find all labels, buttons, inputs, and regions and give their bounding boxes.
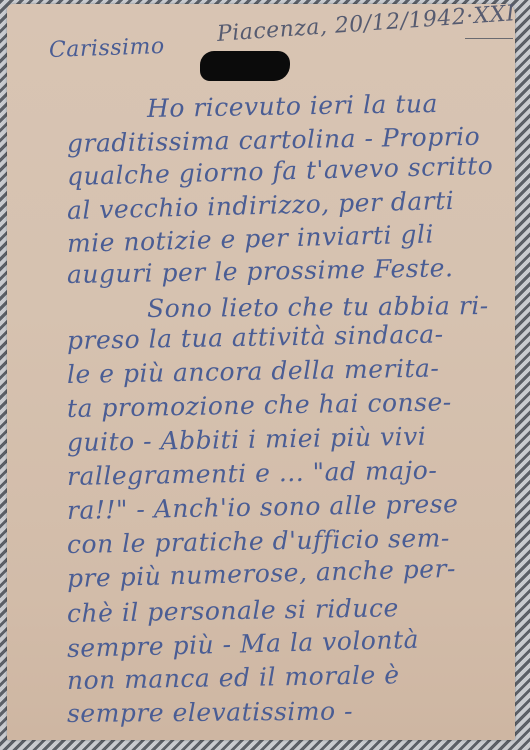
letter-line: sempre elevatissimo -: [67, 697, 353, 728]
letter-line: non manca ed il morale è: [67, 660, 400, 695]
letter-line: rallegramenti e ... "ad majo-: [67, 456, 438, 491]
date-underline: [465, 38, 513, 39]
letter-line: con le pratiche d'ufficio sem-: [67, 523, 450, 559]
letter-line: preso la tua attività sindaca-: [67, 319, 444, 355]
postcard-paper: Piacenza, 20/12/1942·XXI Carissimo Ho ri…: [7, 4, 515, 740]
redacted-name: [200, 51, 290, 81]
salutation: Carissimo: [49, 34, 166, 63]
letter-line: pre più numerose, anche per-: [67, 554, 457, 593]
letter-line: auguri per le prossime Feste.: [67, 253, 454, 289]
letter-line: guito - Abbiti i miei più vivi: [67, 422, 427, 457]
letter-line: Ho ricevuto ieri la tua: [147, 89, 438, 123]
letter-line: al vecchio indirizzo, per darti: [67, 186, 455, 225]
letter-line: chè il personale si riduce: [67, 593, 399, 628]
letter-line: sempre più - Ma la volontà: [67, 625, 420, 663]
letter-line: Sono lieto che tu abbia ri-: [147, 291, 489, 323]
letter-line: mie notizie e per inviarti gli: [67, 219, 435, 258]
place-date: Piacenza, 20/12/1942·XXI: [216, 1, 516, 47]
letter-line: le e più ancora della merita-: [67, 354, 440, 389]
letter-line: ra!!" - Anch'io sono alle prese: [67, 489, 459, 525]
letter-line: ta promozione che hai conse-: [67, 387, 452, 423]
